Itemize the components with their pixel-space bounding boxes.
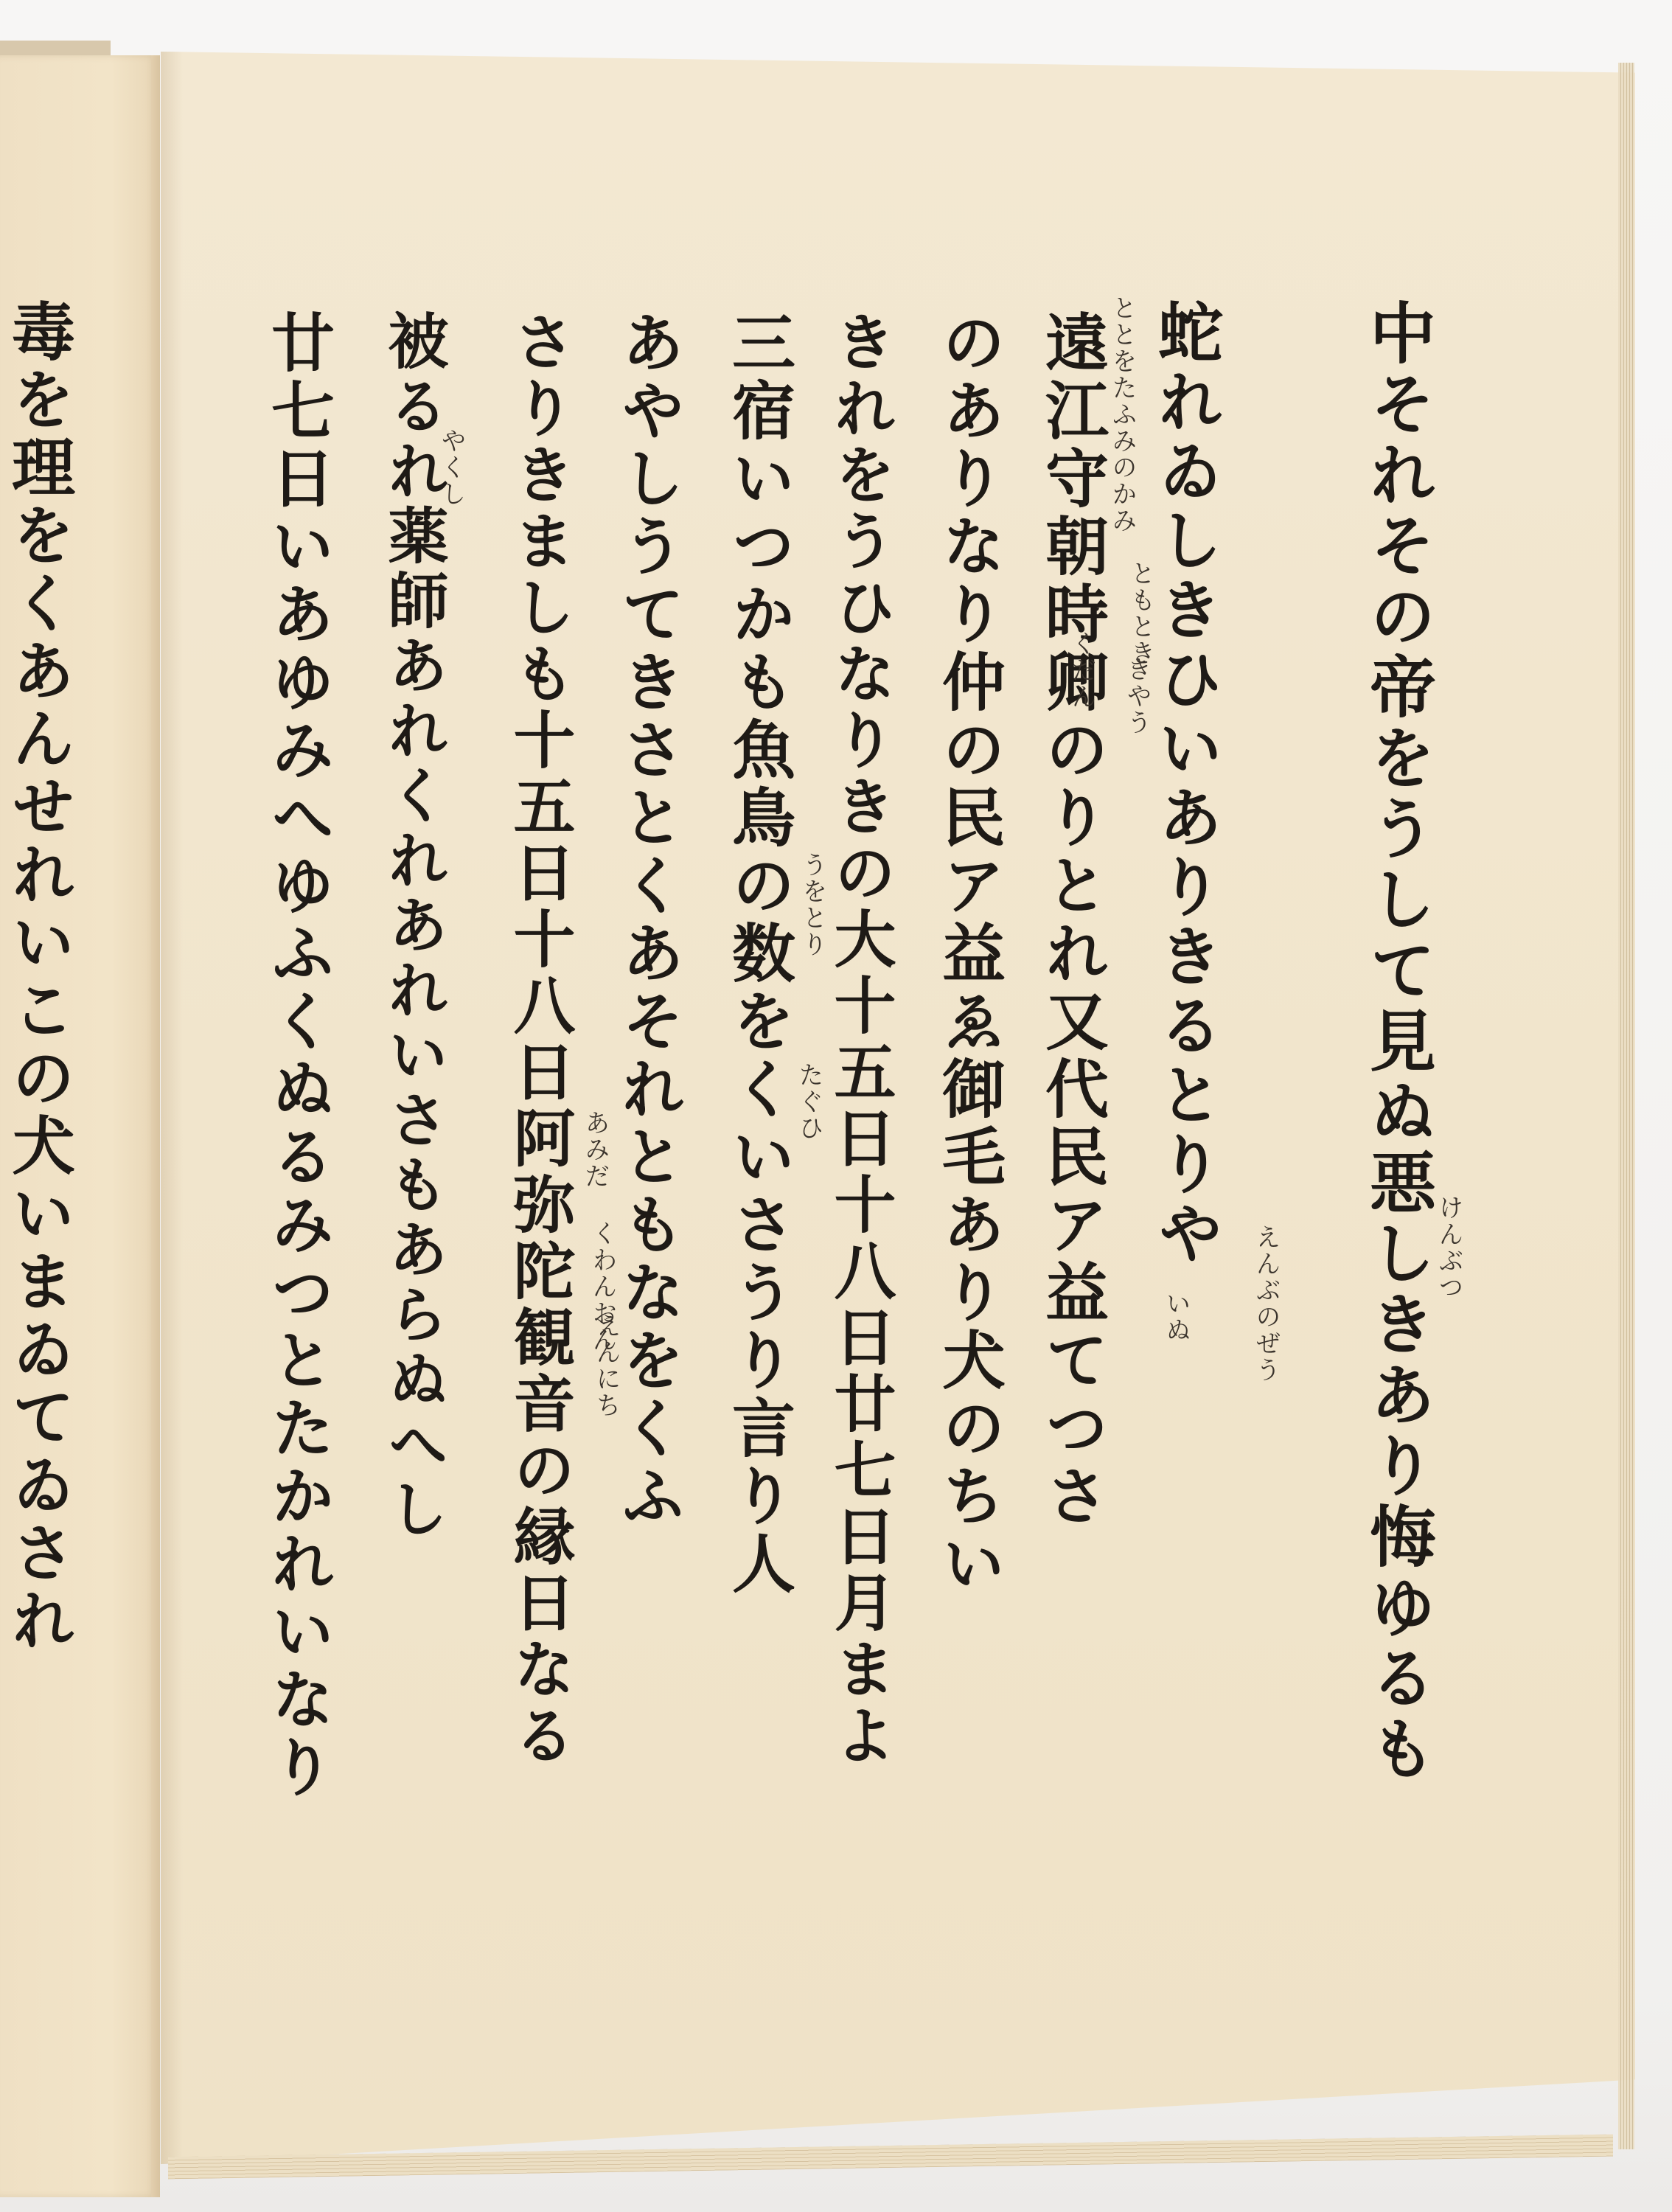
text-column-6: 三宿いつかも魚鳥の数をくいさうり言り人 (726, 310, 790, 1599)
ruby-annotation: いぬ (1163, 1290, 1188, 1343)
text-column-4: のありなり仲の民ア益ゑ御毛あり犬のちい (936, 310, 1000, 1599)
ruby-annotation: ともとき (1128, 560, 1153, 667)
ruby-annotation: えんぶのぜう (1253, 1224, 1278, 1383)
ruby-annotation: きやう (1124, 656, 1149, 736)
left-page-column: 毒を理をくあんせれいこの犬いまゐてゐされ (6, 299, 69, 1655)
ruby-annotation: うをとり (800, 852, 825, 958)
text-column-1: 中それその帝をうして見ぬ悪しきあり悔ゆるも (1364, 299, 1430, 1785)
ruby-annotation: えんにち (593, 1312, 619, 1419)
text-column-8: さりきましも十五日十八日阿弥陀観音の縁日なる (509, 310, 571, 1770)
fold-shadow (161, 52, 183, 2164)
ruby-annotation: けんぶつ (1436, 1194, 1461, 1301)
text-column-9: 被るれ薬師あれくれあれいさもあらぬへし (383, 310, 444, 1543)
ruby-annotation: ととをたふみのかみ (1110, 295, 1135, 534)
text-column-10: 廿七日いあゆみへゆふくぬるみつとたかれいなり (265, 310, 329, 1802)
text-column-7: あやしうてきさとくあそれともなをくふ (616, 310, 679, 1531)
ruby-annotation: やくし (439, 428, 464, 507)
page-stack-edge-right (1618, 63, 1634, 2149)
book-gutter (151, 55, 160, 2197)
ruby-annotation: くだん (1069, 630, 1094, 710)
left-page: 毒を理をくあんせれいこの犬いまゐてゐされ (0, 55, 159, 2197)
ruby-annotation: たぐひ (796, 1062, 821, 1141)
text-column-5: きれをうひなりきの大十五日十八日廿七日月まよ (829, 310, 891, 1770)
ruby-annotation: あみだ (582, 1110, 607, 1189)
text-column-3: 遠江守朝時卿のりとれ又代民ア益てつさ (1039, 310, 1103, 1531)
text-column-2: 蛇れゐしきひいありきるとりや (1154, 299, 1219, 1269)
